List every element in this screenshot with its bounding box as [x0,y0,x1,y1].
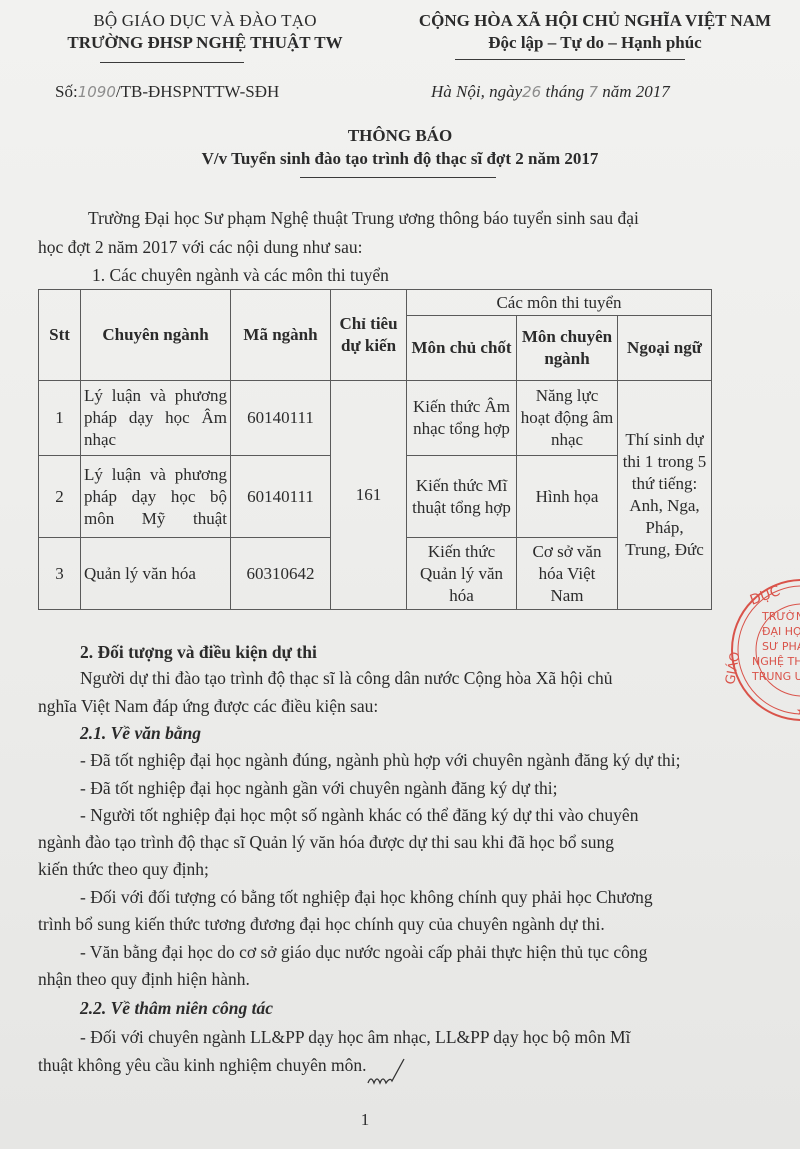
section-1-heading: 1. Các chuyên ngành và các môn thi tuyển [92,264,389,286]
handwritten-day: 26 [522,83,541,101]
row-specialty-subject: Năng lực hoạt động âm nhạc [517,381,618,456]
handwritten-number: 1090 [78,83,116,101]
handwritten-month: 7 [588,83,598,101]
row-specialty-subject: Hình họa [517,456,618,538]
header-stt: Stt [39,290,81,381]
header-language: Ngoại ngữ [618,316,712,381]
degree-item-4-line-1: - Đối với đối tượng có bằng tốt nghiệp đ… [80,886,653,908]
degree-item-1: - Đã tốt nghiệp đại học ngành đúng, ngàn… [80,749,681,771]
year-label: năm 2017 [602,82,670,101]
degree-item-5-line-2: nhận theo quy định hiện hành. [38,968,250,990]
row-core-subject: Kiến thức Quản lý văn hóa [407,538,517,610]
row-code: 60310642 [231,538,331,610]
degree-item-3-line-2: ngành đào tạo trình độ thạc sĩ Quản lý v… [38,831,614,853]
seniority-item-1-line-1: - Đối với chuyên ngành LL&PP dạy học âm … [80,1026,630,1048]
degree-item-3-line-1: - Người tốt nghiệp đại học một số ngành … [80,804,638,826]
svg-text:TRƯỜN: TRƯỜN [761,610,800,623]
header-specialty-subject: Môn chuyên ngành [517,316,618,381]
motto-underline [455,59,685,60]
school-name: TRƯỜNG ĐHSP NGHỆ THUẬT TW [20,32,390,54]
intro-line-2: học đợt 2 năm 2017 với các nội dung như … [38,236,362,258]
month-label: tháng [545,82,584,101]
section-2-intro-2: nghĩa Việt Nam đáp ứng được các điều kiệ… [38,695,378,717]
row-core-subject: Kiến thức Âm nhạc tổng hợp [407,381,517,456]
ministry-name: BỘ GIÁO DỤC VÀ ĐÀO TẠO [20,10,390,32]
initials-signature-icon [364,1055,424,1095]
row-core-subject: Kiến thức Mĩ thuật tổng hợp [407,456,517,538]
svg-text:SƯ PHẠ: SƯ PHẠ [762,640,800,653]
svg-text:DỤC: DỤC [748,583,783,609]
issuer-underline [100,62,244,63]
header-core-subject: Môn chủ chốt [407,316,517,381]
row-major: Lý luận và phương pháp dạy học Âm nhạc [81,381,231,456]
quota-value: 161 [331,381,407,610]
document-number: Số:1090/TB-ĐHSPNTTW-SĐH [55,82,279,102]
issue-date: Hà Nội, ngày26 tháng 7 năm 2017 [431,82,670,102]
subsection-2-2-heading: 2.2. Về thâm niên công tác [80,997,273,1019]
svg-text:★: ★ [796,704,800,718]
subsection-2-1-heading: 2.1. Về văn bằng [80,722,201,744]
header-quota: Chỉ tiêu dự kiến [331,290,407,381]
degree-item-3-line-3: kiến thức theo quy định; [38,858,209,880]
official-seal-icon: DỤC GIÁO TRƯỜN ĐẠI HỌ SƯ PHẠ NGHỆ TH TRU… [712,575,800,725]
page-number: 1 [0,1110,730,1130]
row-major: Quản lý văn hóa [81,538,231,610]
number-prefix: Số: [55,82,78,101]
majors-table: Stt Chuyên ngành Mã ngành Chỉ tiêu dự ki… [38,289,712,610]
row-stt: 3 [39,538,81,610]
document-subject: V/v Tuyển sinh đào tạo trình độ thạc sĩ … [0,149,800,169]
intro-line-1: Trường Đại học Sư phạm Nghệ thuật Trung … [88,207,639,229]
section-2-heading: 2. Đối tượng và điều kiện dự thi [80,641,317,663]
language-value: Thí sinh dự thi 1 trong 5 thứ tiếng: Anh… [618,381,712,610]
document-page: BỘ GIÁO DỤC VÀ ĐÀO TẠO TRƯỜNG ĐHSP NGHỆ … [0,0,800,1149]
svg-text:TRUNG Ư: TRUNG Ư [751,670,800,683]
degree-item-5-line-1: - Văn bằng đại học do cơ sở giáo dục nướ… [80,941,647,963]
row-major: Lý luận và phương pháp dạy học bộ môn Mỹ… [81,456,231,538]
row-code: 60140111 [231,456,331,538]
number-suffix: /TB-ĐHSPNTTW-SĐH [116,82,279,101]
issuer-block: BỘ GIÁO DỤC VÀ ĐÀO TẠO TRƯỜNG ĐHSP NGHỆ … [20,10,390,54]
section-2-intro-1: Người dự thi đào tạo trình độ thạc sĩ là… [80,667,613,689]
svg-text:GIÁO: GIÁO [722,651,743,686]
header-exams-group: Các môn thi tuyển [407,290,712,316]
document-title: THÔNG BÁO [0,126,800,146]
row-code: 60140111 [231,381,331,456]
header-code: Mã ngành [231,290,331,381]
row-stt: 1 [39,381,81,456]
svg-text:NGHỆ TH: NGHỆ TH [752,655,800,668]
row-specialty-subject: Cơ sở văn hóa Việt Nam [517,538,618,610]
table-row: 1 Lý luận và phương pháp dạy học Âm nhạc… [39,381,712,456]
date-prefix: Hà Nội, ngày [431,82,522,101]
title-underline [300,177,496,178]
national-motto: Độc lập – Tự do – Hạnh phúc [390,32,800,54]
degree-item-4-line-2: trình bổ sung kiến thức tương đương đại … [38,913,605,935]
nation-block: CỘNG HÒA XÃ HỘI CHỦ NGHĨA VIỆT NAM Độc l… [390,10,800,54]
svg-text:ĐẠI HỌ: ĐẠI HỌ [762,625,800,638]
nation-name: CỘNG HÒA XÃ HỘI CHỦ NGHĨA VIỆT NAM [390,10,800,32]
seniority-item-1-line-2: thuật không yêu cầu kinh nghiệm chuyên m… [38,1054,367,1076]
header-major: Chuyên ngành [81,290,231,381]
row-stt: 2 [39,456,81,538]
degree-item-2: - Đã tốt nghiệp đại học ngành gần với ch… [80,777,558,799]
